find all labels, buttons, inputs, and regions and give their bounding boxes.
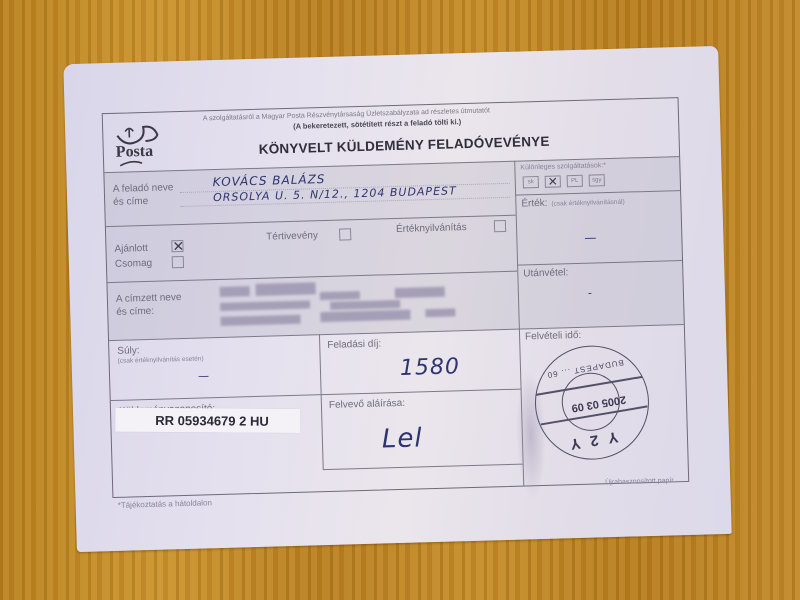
footnote-right: Újrahasznosított papír [605, 477, 674, 486]
tracking-label: RR 05934679 2 HU [115, 408, 300, 433]
value-entry: — [584, 230, 597, 244]
clerk-signature-label: Felvevő aláírása: [329, 398, 405, 411]
service-sk[interactable]: sk [523, 176, 539, 188]
header-instruction: (A bekeretezett, sötétített részt a fela… [293, 117, 461, 131]
fee-value: 1580 [400, 354, 461, 381]
service-sgy[interactable]: sgy [589, 174, 605, 186]
sender-label: A feladó neve [113, 182, 174, 195]
service-pl[interactable]: PL [567, 175, 583, 187]
cod-label: Utánvétel: [523, 267, 568, 279]
fee-label: Feladási díj: [327, 338, 381, 351]
value-label: Érték: [521, 198, 547, 210]
recipient-label-2: és címe: [116, 306, 154, 318]
erteknyilvanitas-checkbox[interactable] [494, 220, 506, 232]
postal-receipt: Posta A szolgáltatásról a Magyar Posta R… [63, 46, 731, 552]
tertiveveny-label: Tértivevény [266, 230, 318, 242]
posta-logo-text: Posta [116, 143, 154, 162]
csomag-checkbox[interactable] [172, 256, 184, 268]
service-e-checked[interactable]: ✕ [545, 175, 561, 187]
stamp-code: Y 2 Y [566, 428, 619, 453]
ajanlott-label: Ajánlott [114, 243, 148, 255]
ajanlott-checkbox[interactable]: ✕ [171, 240, 183, 252]
csomag-label: Csomag [115, 258, 153, 270]
weight-entry: — [198, 369, 210, 382]
weight-label: Súly: [117, 345, 140, 357]
recipient-label: A címzett neve [116, 292, 182, 305]
tracking-number: RR 05934679 2 HU [155, 413, 269, 429]
clerk-signature: Lel [381, 423, 423, 454]
form-title: KÖNYVELT KÜLDEMÉNY FELADÓVEVÉNYE [259, 134, 550, 157]
tertiveveny-checkbox[interactable] [339, 228, 351, 240]
erteknyilvanitas-label: Értéknyilvánítás [396, 222, 467, 235]
footnote-left: *Tájékoztatás a hátoldalon [118, 498, 213, 510]
redacted-recipient [220, 278, 461, 329]
cod-entry: - [588, 287, 593, 300]
sender-label-2: és címe [113, 196, 148, 208]
pickup-time-label: Felvételi idő: [525, 330, 581, 343]
